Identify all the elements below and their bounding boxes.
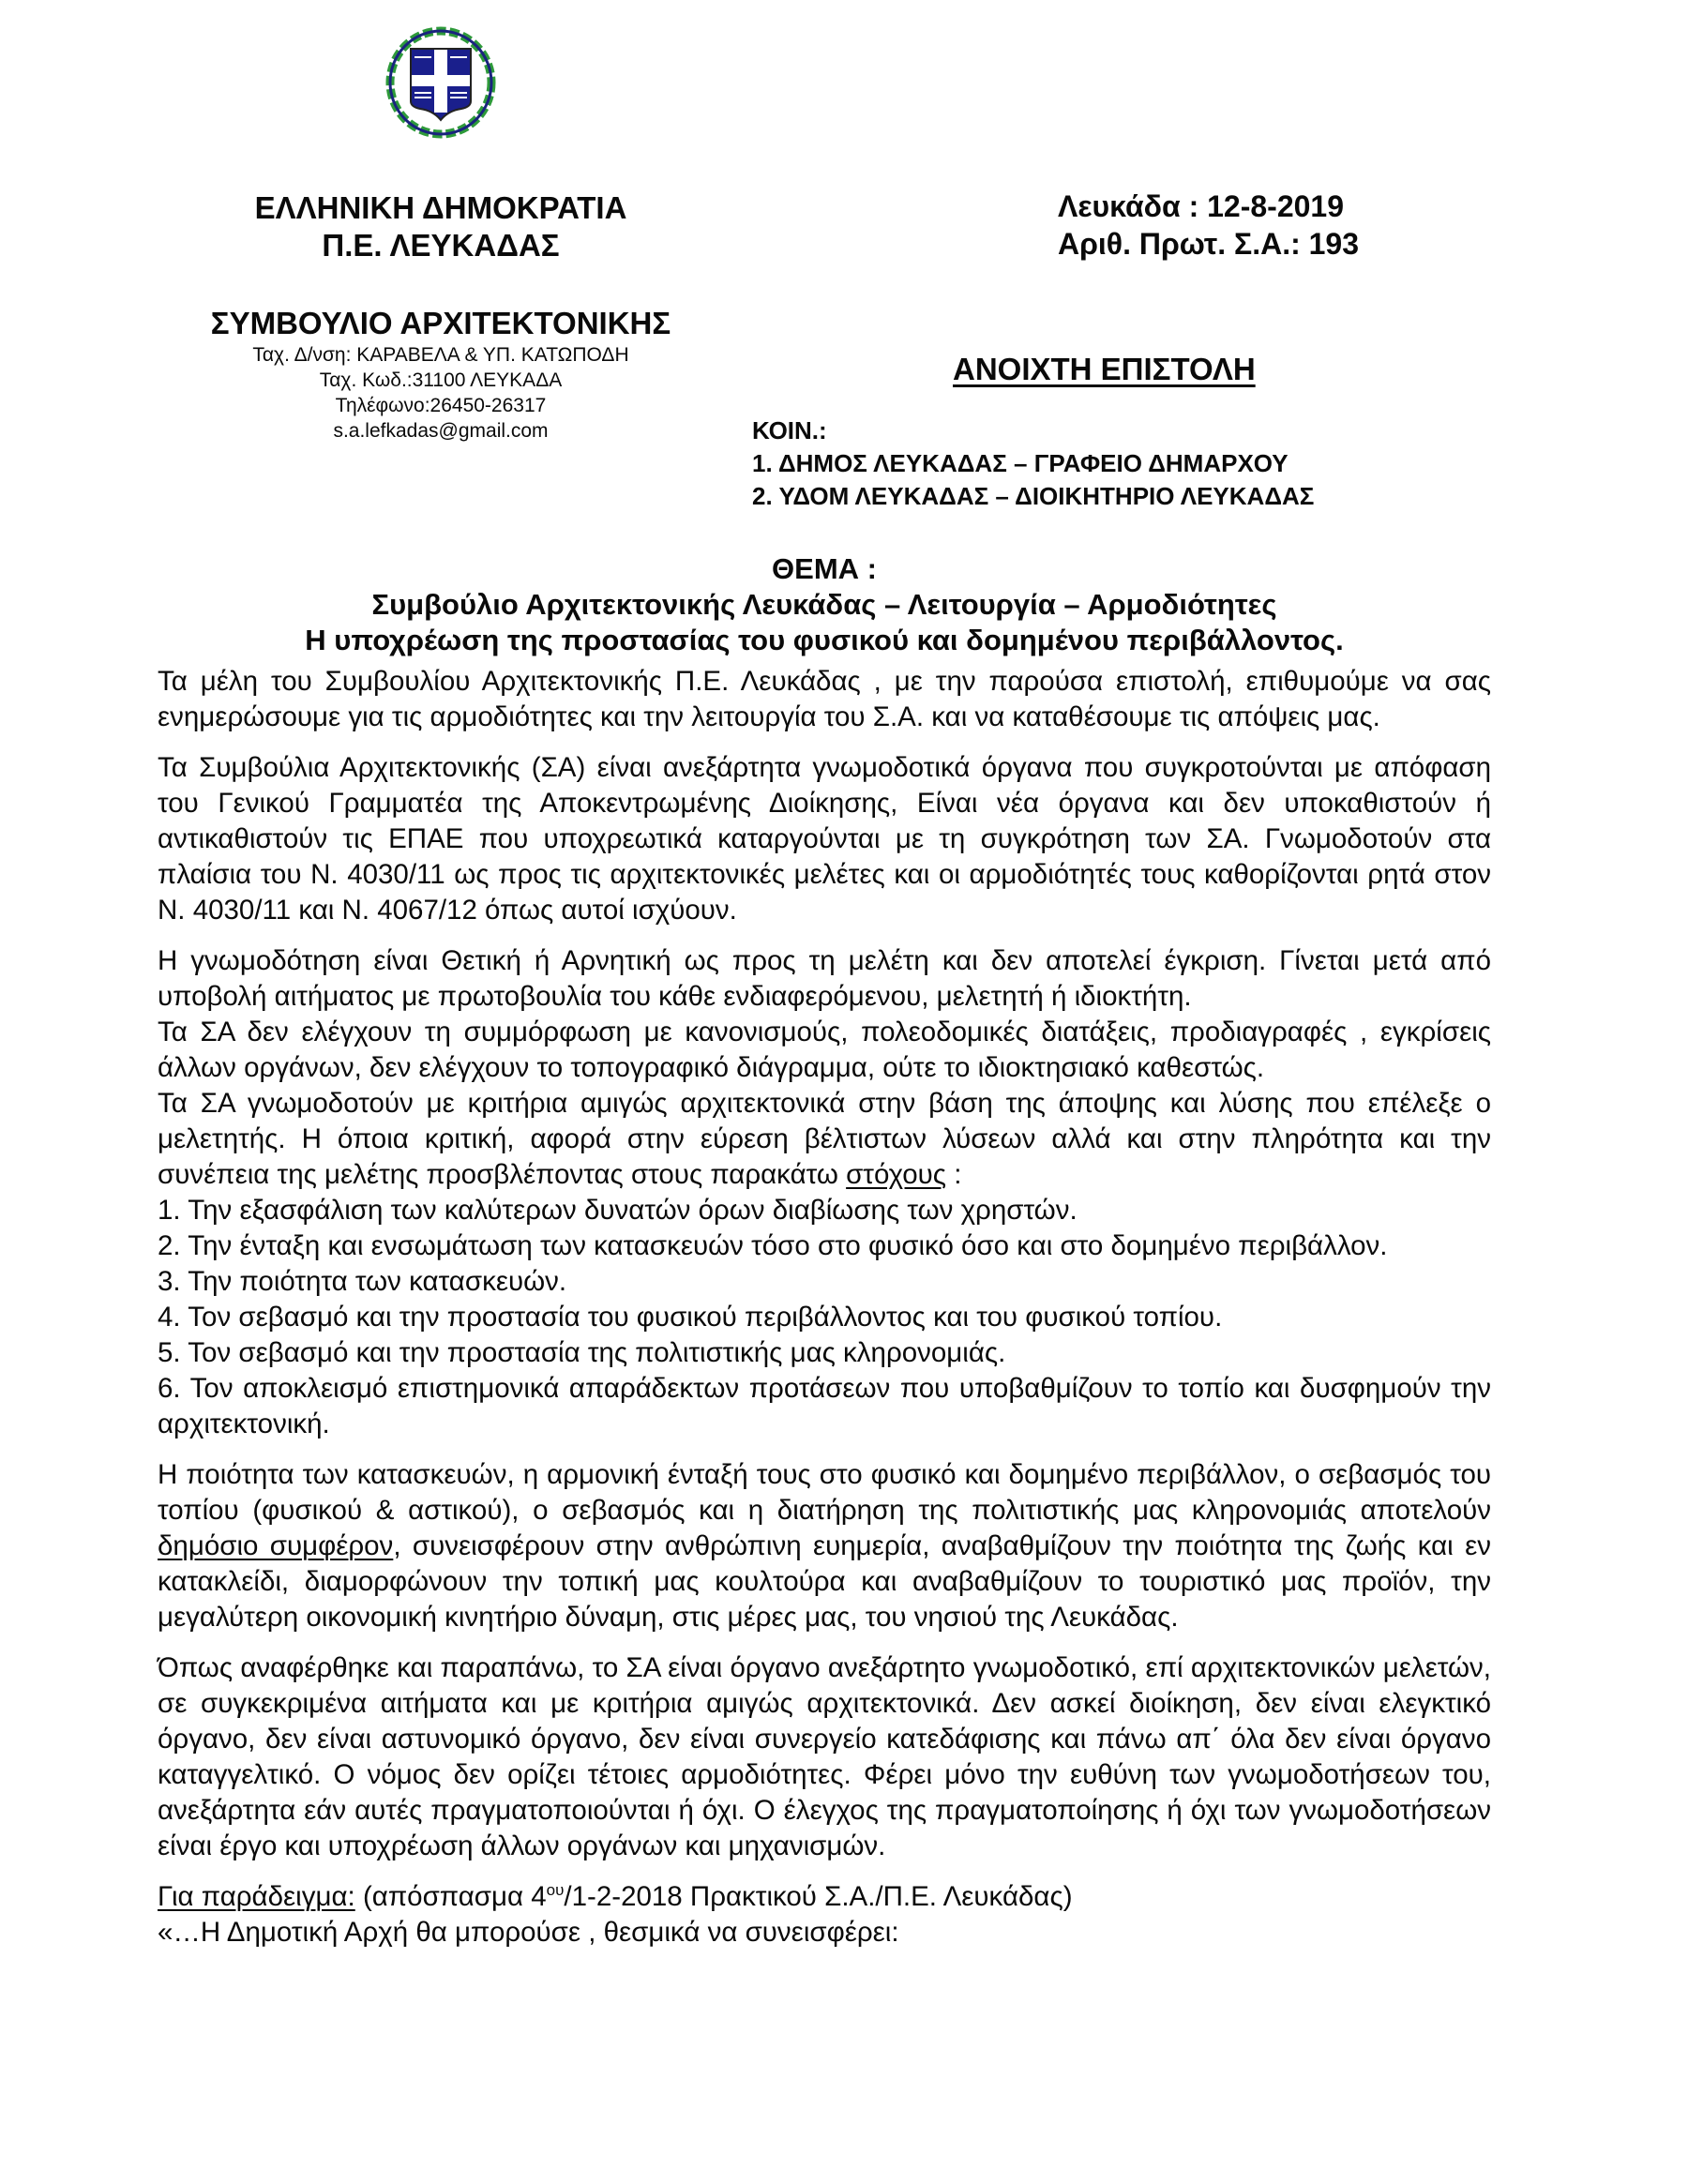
text: (απόσπασμα 4 <box>355 1881 547 1912</box>
goal-item: 4. Τον σεβασμό και την προστασία του φυσ… <box>158 1300 1491 1335</box>
council-title: ΣΥΜΒΟΥΛΙΟ ΑΡΧΙΤΕΚΤΟΝΙΚΗΣ <box>150 305 731 342</box>
paragraph: Τα Συμβούλια Αρχιτεκτονικής (ΣΑ) είναι α… <box>158 750 1491 928</box>
underlined-text: στόχους <box>846 1159 946 1190</box>
protocol-number: Αριθ. Πρωτ. Σ.Α.: 193 <box>1058 225 1359 263</box>
example-reference: Για παράδειγμα: (απόσπασμα 4ου/1-2-2018 … <box>158 1879 1491 1915</box>
issuer-block: ΕΛΛΗΝΙΚΗ ΔΗΜΟΚΡΑΤΙΑ Π.Ε. ΛΕΥΚΑΔΑΣ <box>150 189 731 264</box>
cc-block: ΚΟΙΝ.: 1. ΔΗΜΟΣ ΛΕΥΚΑΔΑΣ – ΓΡΑΦΕΙΟ ΔΗΜΑΡ… <box>752 414 1314 513</box>
postal-code: Ταχ. Κωδ.:31100 ΛΕΥΚΑΔΑ <box>150 368 731 393</box>
greek-coat-of-arms-icon <box>383 24 499 139</box>
email: s.a.lefkadas@gmail.com <box>150 418 731 444</box>
goal-item: 5. Τον σεβασμό και την προστασία της πολ… <box>158 1335 1491 1371</box>
phone: Τηλέφωνο:26450-26317 <box>150 393 731 418</box>
paragraph: Τα μέλη του Συμβουλίου Αρχιτεκτονικής Π.… <box>158 664 1491 735</box>
example-label: Για παράδειγμα: <box>158 1881 355 1912</box>
goal-item: 3. Την ποιότητα των κατασκευών. <box>158 1264 1491 1300</box>
letter-meta: Λευκάδα : 12-8-2019 Αριθ. Πρωτ. Σ.Α.: 19… <box>1058 188 1359 263</box>
goal-item: 6. Τον αποκλεισμό επιστημονικά απαράδεκτ… <box>158 1371 1491 1442</box>
paragraph: Όπως αναφέρθηκε και παραπάνω, το ΣΑ είνα… <box>158 1650 1491 1864</box>
council-block: ΣΥΜΒΟΥΛΙΟ ΑΡΧΙΤΕΚΤΟΝΙΚΗΣ Ταχ. Δ/νση: ΚΑΡ… <box>150 305 731 444</box>
text: Τα ΣΑ γνωμοδοτούν με κριτήρια αμιγώς αρχ… <box>158 1088 1491 1190</box>
subject-line: Συμβούλιο Αρχιτεκτονικής Λευκάδας – Λειτ… <box>158 587 1491 623</box>
address: Ταχ. Δ/νση: ΚΑΡΑΒΕΛΑ & ΥΠ. ΚΑΤΩΠΟΔΗ <box>150 342 731 368</box>
quote-start: «…Η Δημοτική Αρχή θα μπορούσε , θεσμικά … <box>158 1915 1491 1951</box>
paragraph: Η γνωμοδότηση είναι Θετική ή Αρνητική ως… <box>158 943 1491 1015</box>
subject-label: ΘΕΜΑ : <box>158 551 1491 587</box>
paragraph: Η ποιότητα των κατασκευών, η αρμονική έν… <box>158 1457 1491 1635</box>
text: /1-2-2018 Πρακτικού Σ.Α./Π.Ε. Λευκάδας) <box>564 1881 1072 1912</box>
cc-recipient: 2. ΥΔΟΜ ΛΕΥΚΑΔΑΣ – ΔΙΟΙΚΗΤΗΡΙΟ ΛΕΥΚΑΔΑΣ <box>752 480 1314 513</box>
subject-block: ΘΕΜΑ : Συμβούλιο Αρχιτεκτονικής Λευκάδας… <box>158 551 1491 658</box>
paragraph: Τα ΣΑ δεν ελέγχουν τη συμμόρφωση με κανο… <box>158 1015 1491 1086</box>
cc-label: ΚΟΙΝ.: <box>752 414 1314 447</box>
text: : <box>946 1159 961 1190</box>
underlined-text: δημόσιο συμφέρον <box>158 1530 393 1561</box>
paragraph: Τα ΣΑ γνωμοδοτούν με κριτήρια αμιγώς αρχ… <box>158 1086 1491 1193</box>
goal-item: 1. Την εξασφάλιση των καλύτερων δυνατών … <box>158 1193 1491 1228</box>
region-title: Π.Ε. ΛΕΥΚΑΔΑΣ <box>150 227 731 264</box>
letter-type-heading: ΑΝΟΙΧΤΗ ΕΠΙΣΤΟΛΗ <box>953 352 1256 387</box>
superscript: ου <box>547 1881 565 1899</box>
goal-item: 2. Την ένταξη και ενσωμάτωση των κατασκε… <box>158 1228 1491 1264</box>
cc-recipient: 1. ΔΗΜΟΣ ΛΕΥΚΑΔΑΣ – ΓΡΑΦΕΙΟ ΔΗΜΑΡΧΟΥ <box>752 447 1314 480</box>
place-date: Λευκάδα : 12-8-2019 <box>1058 188 1359 225</box>
letter-body: Τα μέλη του Συμβουλίου Αρχιτεκτονικής Π.… <box>158 664 1491 1951</box>
text: Η ποιότητα των κατασκευών, η αρμονική έν… <box>158 1459 1491 1526</box>
subject-line: Η υποχρέωση της προστασίας του φυσικού κ… <box>158 623 1491 658</box>
republic-title: ΕΛΛΗΝΙΚΗ ΔΗΜΟΚΡΑΤΙΑ <box>150 189 731 227</box>
